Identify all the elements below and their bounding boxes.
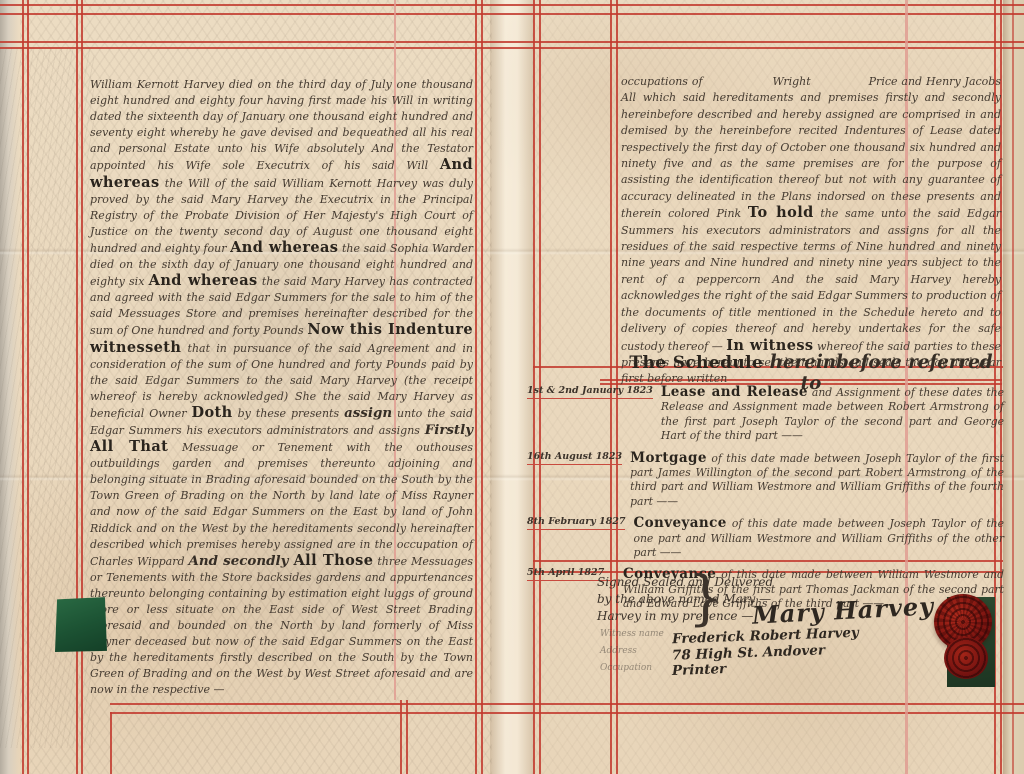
text-segment: And whereas [230, 239, 338, 256]
folded-paper-edge [0, 0, 19, 774]
text-segment: Firstly [425, 422, 473, 438]
text-segment: Lease and Release [661, 384, 808, 400]
text-segment: Conveyance [633, 515, 726, 531]
rule-line [0, 41, 1024, 43]
text-segment: the same unto the said Edgar Summers his… [621, 207, 1001, 352]
text-segment: Wright [773, 75, 811, 88]
schedule-date: 1st & 2nd January 1823 [527, 385, 653, 399]
text-segment: Price and Henry Jacobs All which said he… [621, 75, 1001, 220]
schedule-entry: 16th August 1823Mortgage of this date ma… [527, 451, 1004, 510]
witness-field-value: Frederick Robert Harvey [672, 626, 859, 647]
text-gap [811, 84, 869, 85]
rule-line [481, 0, 483, 774]
schedule-entry: 8th February 1827Conveyance of this date… [527, 516, 1004, 560]
text-segment: To hold [748, 204, 814, 221]
text-segment: Messuage or Tenement with the outhouses … [90, 441, 473, 568]
text-segment: And secondly [189, 553, 294, 569]
text-gap [703, 84, 773, 85]
text-segment: by these presents [233, 407, 344, 420]
rule-line [76, 0, 78, 774]
deed-right-page-text: occupations ofWrightPrice and Henry Jaco… [621, 74, 1001, 388]
rule-line [0, 4, 1024, 6]
witness-field-row: Address78 High St. Andover [600, 646, 859, 660]
schedule-entry-text: Mortgage of this date made between Josep… [630, 451, 1004, 510]
schedule-entry: 1st & 2nd January 1823Lease and Release … [527, 385, 1004, 444]
text-segment: The Schedule [629, 353, 763, 373]
witness-fields: Witness nameFrederick Robert HarveyAddre… [600, 629, 859, 680]
rule-line [475, 0, 477, 774]
schedule-date: 16th August 1823 [527, 451, 622, 465]
witness-field-label: Address [600, 646, 672, 660]
attestation-brace: } [688, 564, 724, 632]
text-segment: And whereas [149, 272, 258, 289]
deed-left-page-text: William Kernott Harvey died on the third… [90, 77, 473, 699]
red-wax-seal [944, 637, 988, 679]
rule-line [0, 47, 1024, 49]
rule-line [1012, 0, 1014, 774]
schedule-entry-text: Conveyance of this date made between Jos… [633, 516, 1004, 560]
rule-line [27, 0, 29, 774]
witness-field-label: Witness name [600, 629, 672, 643]
text-segment: Mortgage [630, 450, 707, 466]
rule-line [22, 0, 24, 774]
text-segment: Doth [191, 404, 232, 421]
rule-line [110, 712, 1024, 714]
rule-line [406, 700, 408, 774]
witness-field-label: Occupation [600, 663, 672, 677]
text-segment: William Kernott Harvey died on the third… [90, 78, 473, 172]
schedule-entry-text: Lease and Release and Assignment of thes… [661, 385, 1004, 444]
rule-line [110, 712, 112, 774]
witness-field-row: Witness nameFrederick Robert Harvey [600, 629, 859, 643]
green-seal [55, 596, 107, 652]
witness-field-value: Printer [672, 662, 727, 678]
rule-line [400, 700, 402, 774]
witness-field-value: 78 High St. Andover [672, 643, 825, 662]
text-segment: All Those [294, 552, 374, 569]
rule-line [81, 0, 83, 774]
rule-line [0, 13, 1024, 15]
text-segment: occupations of [621, 75, 703, 88]
text-segment: assign [344, 405, 392, 421]
schedule-date: 8th February 1827 [527, 516, 625, 530]
text-segment: All That [90, 438, 168, 455]
rule-line [110, 703, 1024, 705]
text-segment: three Messuages or Tenements with the St… [90, 555, 473, 697]
text-segment: In witness [726, 337, 813, 354]
witness-field-row: OccupationPrinter [600, 663, 859, 677]
